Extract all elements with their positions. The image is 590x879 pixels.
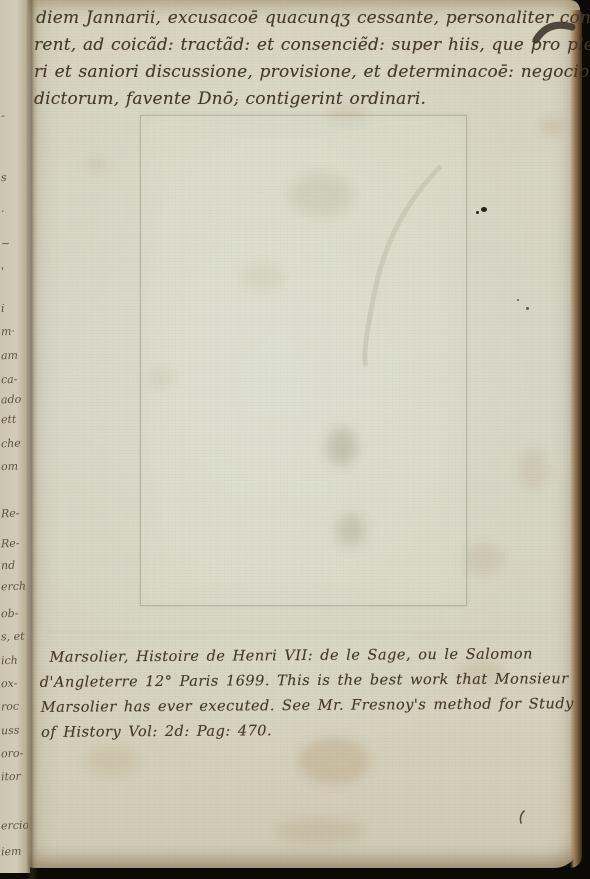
margin-text-fragment: nd xyxy=(1,560,16,571)
margin-text-fragment: itor xyxy=(1,771,21,783)
margin-text-fragment: Re- xyxy=(1,508,20,520)
margin-text-fragment: ox- xyxy=(1,678,18,690)
margin-text-fragment: ' xyxy=(1,266,4,277)
margin-text-fragment: Re- xyxy=(1,538,20,550)
margin-text-fragment: uss xyxy=(1,725,20,737)
manuscript-page: diem Jannarii, excusacoē quacunqʒ cessan… xyxy=(28,0,580,868)
margin-text-fragment: ich xyxy=(1,655,18,667)
margin-text-fragment: m· xyxy=(1,326,15,337)
scanned-book-page: - s · ~ ' i m· am ca- ado ett che om Re-… xyxy=(0,0,590,879)
caption-line: Marsolier, Histoire de Henri VII: de le … xyxy=(50,646,534,665)
margin-text-fragment: om xyxy=(1,461,18,473)
margin-text-fragment: che xyxy=(1,438,21,450)
margin-text-fragment: - xyxy=(1,110,5,121)
pen-hook-mark xyxy=(518,810,526,824)
margin-text-fragment: ca- xyxy=(1,374,18,386)
margin-text-fragment: erch xyxy=(1,581,26,593)
margin-text-fragment: roc xyxy=(1,701,19,713)
margin-text-fragment: oro- xyxy=(1,748,24,760)
margin-text-fragment: am xyxy=(1,350,18,362)
margin-text-fragment: · xyxy=(1,206,5,217)
caption-line: Marsolier has ever executed. See Mr. Fre… xyxy=(41,696,574,716)
margin-text-fragment: s, et xyxy=(1,631,25,643)
margin-text-fragment: s xyxy=(1,172,7,183)
margin-text-fragment: iem xyxy=(1,846,22,858)
margin-text-fragment: ercio xyxy=(1,820,29,832)
margin-text-fragment: ~ xyxy=(1,238,11,249)
caption-line: d'Angleterre 12° Paris 1699. This is the… xyxy=(40,671,569,691)
caption-line: of History Vol: 2d: Pag: 470. xyxy=(41,723,272,741)
caption-text: Marsolier, Histoire de Henri VII: de le … xyxy=(25,0,583,870)
margin-text-fragment: ett xyxy=(1,414,17,426)
margin-text-fragment: ado xyxy=(1,394,22,406)
margin-text-fragment: ob- xyxy=(1,608,19,620)
margin-text-fragment: i xyxy=(1,303,5,314)
paper-crease xyxy=(48,632,548,638)
gutter-shadow xyxy=(26,0,38,879)
